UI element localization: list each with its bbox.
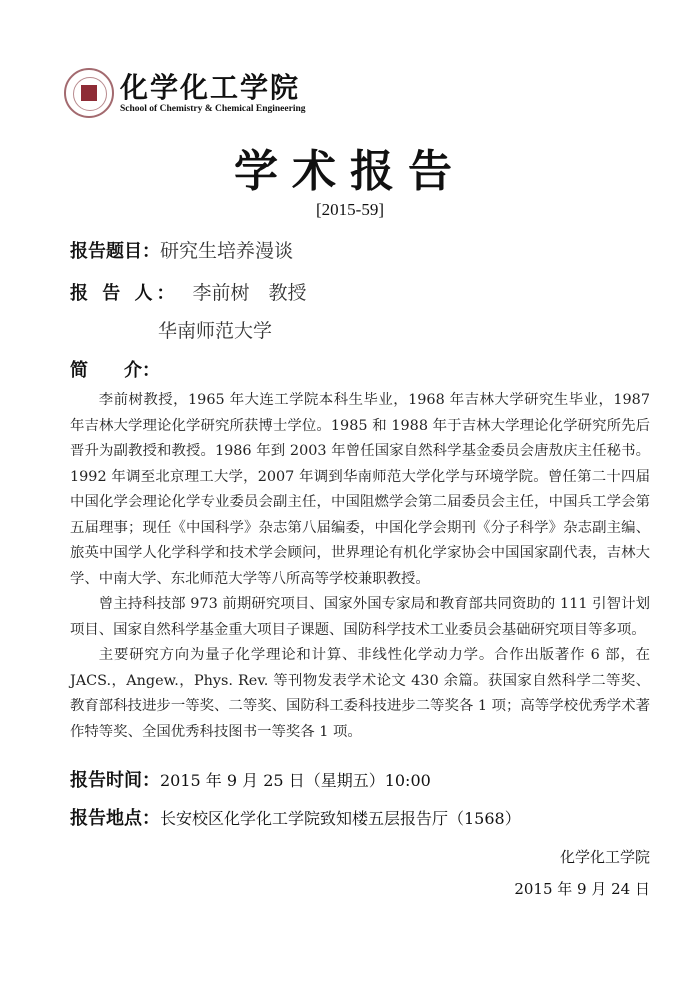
school-name-cn: 化学化工学院 xyxy=(120,72,306,104)
intro-label: 简 介： xyxy=(70,360,160,381)
time-value: 2015 年 9 月 25 日（星期五）10:00 xyxy=(160,771,431,790)
speaker-label: 报 告 人： xyxy=(70,283,179,304)
intro-paragraph: 主要研究方向为量子化学理论和计算、非线性化学动力学。合作出版著作 6 部，在 J… xyxy=(70,643,650,745)
intro-heading: 简 介： xyxy=(70,356,160,382)
topic-label: 报告题目： xyxy=(70,241,160,262)
location-value: 长安校区化学化工学院致知楼五层报告厅（1568） xyxy=(160,809,521,828)
time-row: 报告时间：2015 年 9 月 25 日（星期五）10:00 xyxy=(70,766,431,792)
time-label: 报告时间： xyxy=(70,770,160,791)
location-row: 报告地点：长安校区化学化工学院致知楼五层报告厅（1568） xyxy=(70,804,521,830)
school-logo: 化学化工学院 School of Chemistry & Chemical En… xyxy=(64,68,306,118)
school-name-en: School of Chemistry & Chemical Engineeri… xyxy=(120,104,306,114)
signature-organization: 化学化工学院 xyxy=(560,846,650,867)
intro-paragraph: 李前树教授，1965 年大连工学院本科生毕业，1968 年吉林大学研究生毕业，1… xyxy=(70,388,650,592)
affiliation-value: 华南师范大学 xyxy=(158,320,272,342)
topic-row: 报告题目：研究生培养漫谈 xyxy=(70,236,293,263)
intro-paragraph: 曾主持科技部 973 前期研究项目、国家外国专家局和教育部共同资助的 111 引… xyxy=(70,592,650,643)
signature-date: 2015 年 9 月 24 日 xyxy=(514,878,650,899)
affiliation-row: 华南师范大学 xyxy=(158,316,272,343)
school-seal-icon xyxy=(64,68,114,118)
speaker-value: 李前树 教授 xyxy=(193,282,307,304)
page-title: 学术报告 xyxy=(0,135,700,199)
location-label: 报告地点： xyxy=(70,808,160,829)
document-number: [2015-59] xyxy=(0,200,700,220)
speaker-row: 报 告 人：李前树 教授 xyxy=(70,278,307,305)
topic-value: 研究生培养漫谈 xyxy=(160,240,293,262)
intro-body: 李前树教授，1965 年大连工学院本科生毕业，1968 年吉林大学研究生毕业，1… xyxy=(70,388,650,745)
